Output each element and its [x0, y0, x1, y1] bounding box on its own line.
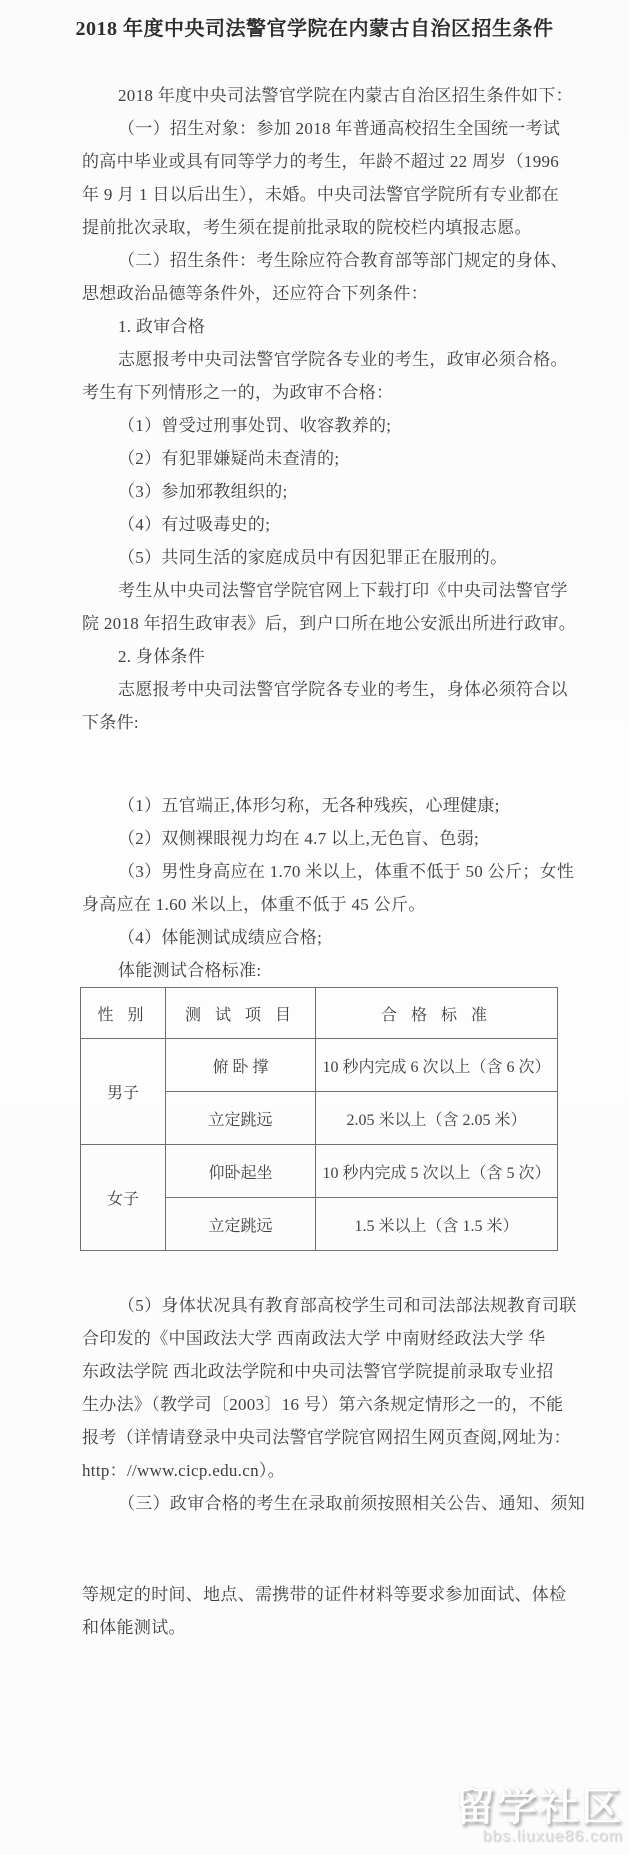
doc-line: （二）招生条件：考生除应符合教育部等部门规定的身体、: [82, 244, 562, 277]
doc-line: （2）有犯罪嫌疑尚未查清的;: [82, 442, 562, 475]
doc-line: （1）五官端正,体形匀称，无各种残疾，心理健康;: [82, 789, 562, 822]
standard-cell: 10 秒内完成 5 次以上（含 5 次）: [316, 1145, 558, 1198]
doc-line: （1）曾受过刑事处罚、收容教养的;: [82, 409, 562, 442]
doc-line: （一）招生对象：参加 2018 年普通高校招生全国统一考试: [82, 112, 562, 145]
item-cell: 立定跳远: [166, 1092, 316, 1145]
doc-line: 1. 政审合格: [82, 310, 562, 343]
doc-line: 东政法学院 西北政法学院和中央司法警官学院提前录取专业招: [82, 1355, 562, 1388]
watermark-url: bbs.liuxue86.com: [455, 1829, 623, 1845]
doc-line: 考生有下列情形之一的，为政审不合格：: [82, 376, 562, 409]
table-row: 女子 仰卧起坐 10 秒内完成 5 次以上（含 5 次）: [81, 1145, 558, 1198]
item-cell: 仰卧起坐: [166, 1145, 316, 1198]
doc-line: 2. 身体条件: [82, 640, 562, 673]
item-cell: 俯 卧 撑: [166, 1039, 316, 1092]
doc-line: 2018 年度中央司法警官学院在内蒙古自治区招生条件如下：: [82, 79, 562, 112]
table-header-row: 性 别 测 试 项 目 合 格 标 准: [81, 988, 558, 1039]
doc-line: 院 2018 年招生政审表》后，到户口所在地公安派出所进行政审。: [82, 607, 562, 640]
doc-line: 提前批次录取，考生须在提前批录取的院校栏内填报志愿。: [82, 211, 562, 244]
gender-cell-male: 男子: [81, 1039, 166, 1145]
watermark-logo-text: 留学社区: [455, 1787, 623, 1827]
doc-line: （4）体能测试成绩应合格;: [82, 921, 562, 954]
doc-line: （三）政审合格的考生在录取前须按照相关公告、通知、须知: [82, 1487, 562, 1520]
doc-line: 报考（详情请登录中央司法警官学院官网招生网页查阅,网址为：: [82, 1421, 562, 1454]
standard-cell: 2.05 米以上（含 2.05 米）: [316, 1092, 558, 1145]
section-intro: 2018 年度中央司法警官学院在内蒙古自治区招生条件如下： （一）招生对象：参加…: [82, 79, 562, 739]
doc-line: （3）男性身高应在 1.70 米以上，体重不低于 50 公斤；女性: [82, 855, 562, 888]
doc-line: （5）共同生活的家庭成员中有因犯罪正在服刑的。: [82, 541, 562, 574]
doc-line: 志愿报考中央司法警官学院各专业的考生，政审必须合格。: [82, 343, 562, 376]
doc-line: 志愿报考中央司法警官学院各专业的考生，身体必须符合以: [82, 673, 562, 706]
page-title: 2018 年度中央司法警官学院在内蒙古自治区招生条件: [0, 0, 629, 40]
doc-line: 思想政治品德等条件外，还应符合下列条件：: [82, 277, 562, 310]
doc-line: 身高应在 1.60 米以上，体重不低于 45 公斤。: [82, 888, 562, 921]
doc-line: 的高中毕业或具有同等学力的考生，年龄不超过 22 周岁（1996: [82, 145, 562, 178]
doc-line: （2）双侧裸眼视力均在 4.7 以上,无色盲、色弱;: [82, 822, 562, 855]
site-watermark: 留学社区 bbs.liuxue86.com: [455, 1787, 623, 1845]
gender-cell-female: 女子: [81, 1145, 166, 1251]
doc-line: 年 9 月 1 日以后出生），未婚。中央司法警官学院所有专业都在: [82, 178, 562, 211]
doc-line: （4）有过吸毒史的;: [82, 508, 562, 541]
header-gender: 性 别: [81, 988, 166, 1039]
doc-line: 合印发的《中国政法大学 西南政法大学 中南财经政法大学 华: [82, 1322, 562, 1355]
doc-line: http：//www.cicp.edu.cn）。: [82, 1454, 562, 1487]
scanned-document-page: 2018 年度中央司法警官学院在内蒙古自治区招生条件 2018 年度中央司法警官…: [0, 0, 629, 1855]
doc-line: 考生从中央司法警官学院官网上下载打印《中央司法警官学: [82, 574, 562, 607]
header-item: 测 试 项 目: [166, 988, 316, 1039]
fitness-standards-table: 性 别 测 试 项 目 合 格 标 准 男子 俯 卧 撑 10 秒内完成 6 次…: [80, 987, 558, 1251]
doc-line: （5）身体状况具有教育部高校学生司和司法部法规教育司联: [82, 1289, 562, 1322]
section-closing: 等规定的时间、地点、需携带的证件材料等要求参加面试、体检 和体能测试。: [82, 1578, 562, 1644]
doc-line: 体能测试合格标准:: [82, 954, 562, 987]
doc-line: 生办法》（教学司〔2003〕16 号）第六条规定情形之一的，不能: [82, 1388, 562, 1421]
doc-line: 下条件:: [82, 706, 562, 739]
header-standard: 合 格 标 准: [316, 988, 558, 1039]
doc-line: 和体能测试。: [82, 1611, 562, 1644]
section-health-regulations: （5）身体状况具有教育部高校学生司和司法部法规教育司联 合印发的《中国政法大学 …: [82, 1289, 562, 1520]
standard-cell: 1.5 米以上（含 1.5 米）: [316, 1198, 558, 1251]
table-row: 男子 俯 卧 撑 10 秒内完成 6 次以上（含 6 次）: [81, 1039, 558, 1092]
section-physical-requirements: （1）五官端正,体形匀称，无各种残疾，心理健康; （2）双侧裸眼视力均在 4.7…: [82, 789, 562, 987]
item-cell: 立定跳远: [166, 1198, 316, 1251]
doc-line: （3）参加邪教组织的;: [82, 475, 562, 508]
doc-line: 等规定的时间、地点、需携带的证件材料等要求参加面试、体检: [82, 1578, 562, 1611]
standard-cell: 10 秒内完成 6 次以上（含 6 次）: [316, 1039, 558, 1092]
